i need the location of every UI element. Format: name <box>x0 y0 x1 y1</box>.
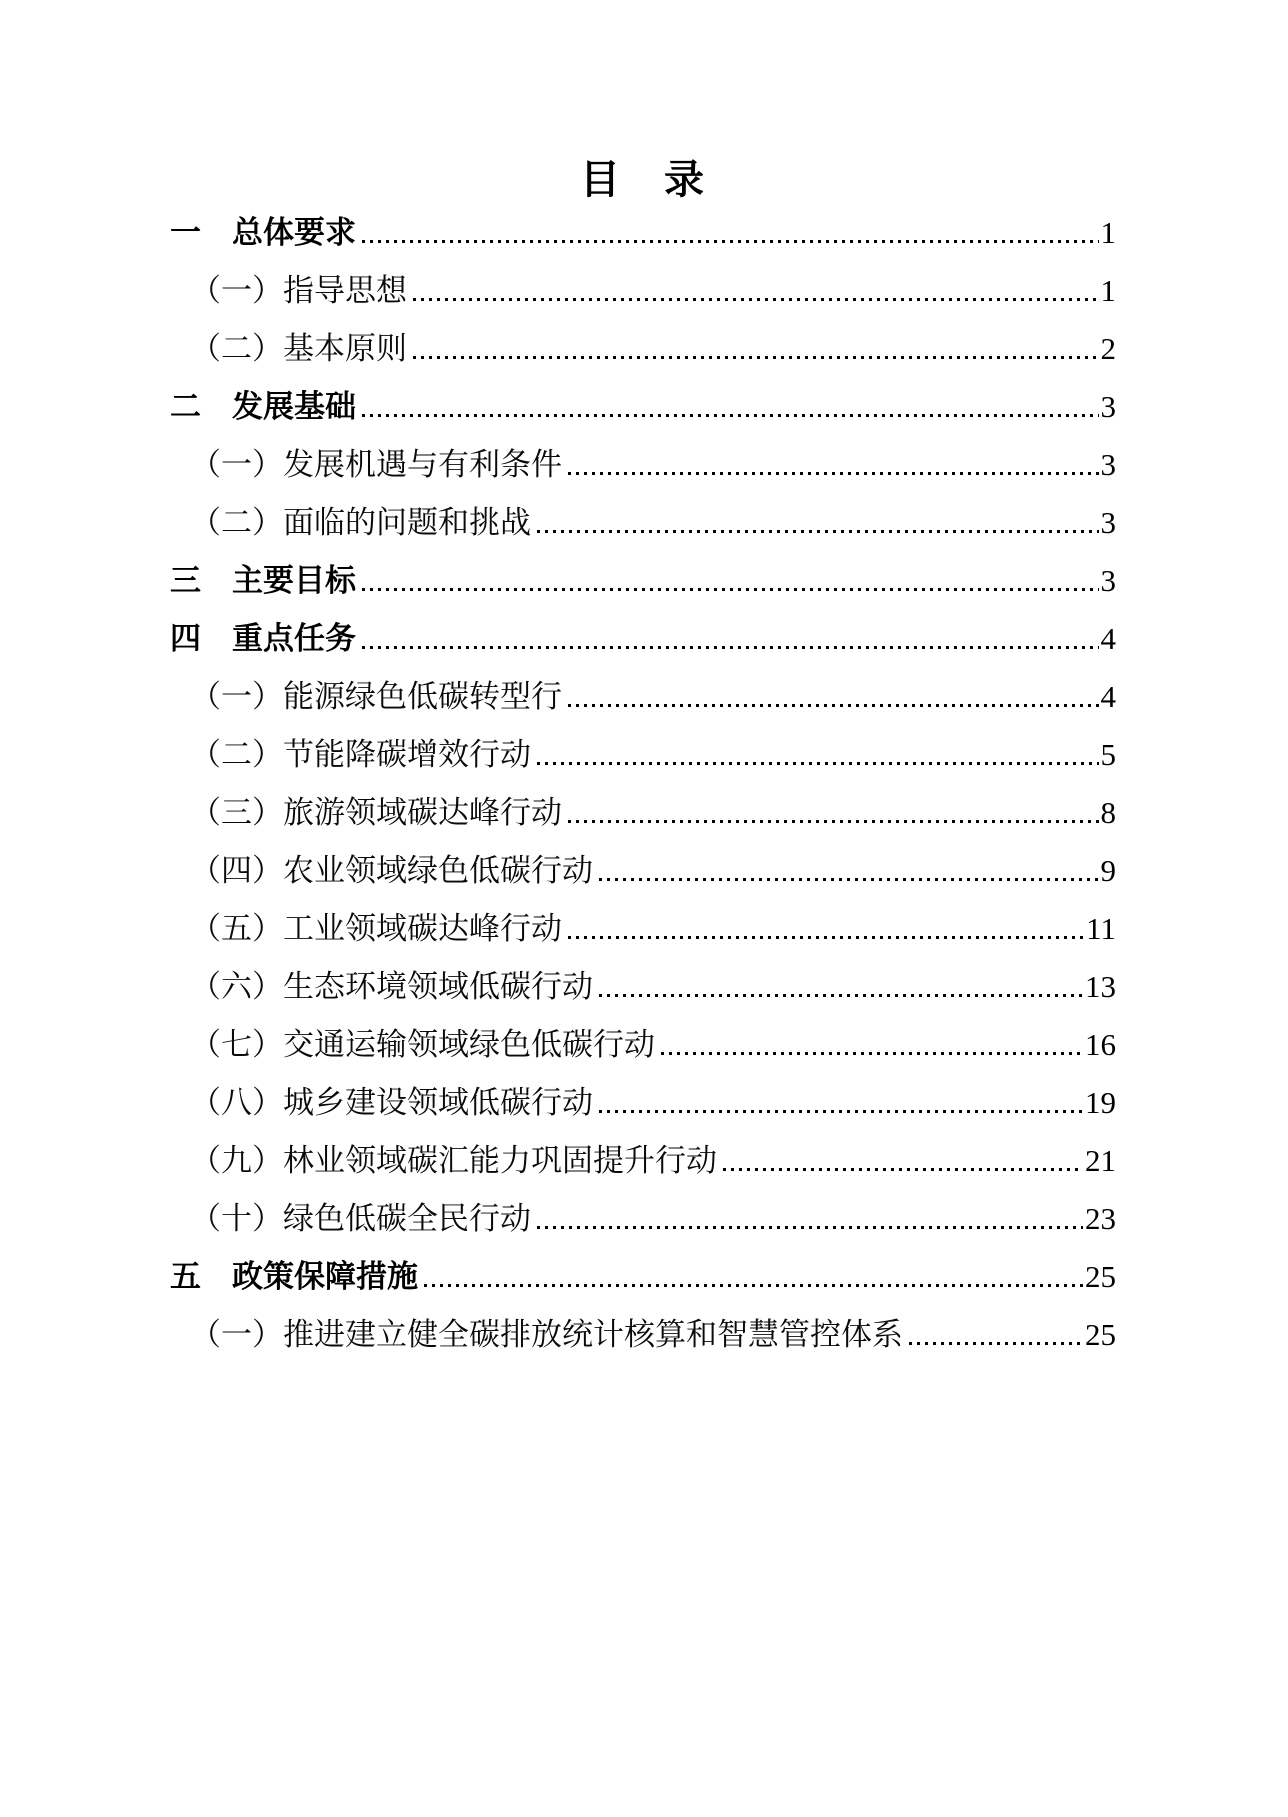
toc-entry-label: （六）生态环境领域低碳行动 <box>190 970 593 1004</box>
toc-entry[interactable]: （三）旅游领域碳达峰行动 8 <box>170 796 1116 830</box>
toc-leader-dots <box>723 1168 1083 1171</box>
toc-entry-label: 二 发展基础 <box>170 390 356 424</box>
toc-entry-label: 五 政策保障措施 <box>170 1260 418 1294</box>
toc-entry[interactable]: （一）能源绿色低碳转型行 4 <box>170 680 1116 714</box>
toc-entry-label: （五）工业领域碳达峰行动 <box>190 912 562 946</box>
toc-leader-dots <box>537 530 1099 533</box>
toc-entry-page: 3 <box>1101 564 1117 598</box>
toc-entry-page: 3 <box>1101 390 1117 424</box>
toc-leader-dots <box>413 298 1099 301</box>
toc-leader-dots <box>537 1226 1083 1229</box>
toc-leader-dots <box>909 1342 1083 1345</box>
toc-entry[interactable]: （五）工业领域碳达峰行动 11 <box>170 912 1116 946</box>
toc-entry-label: （一）指导思想 <box>190 274 407 308</box>
toc-entry-label: （七）交通运输领域绿色低碳行动 <box>190 1028 655 1062</box>
page-title: 目 录 <box>170 160 1116 200</box>
toc-leader-dots <box>661 1052 1083 1055</box>
toc-entry-page: 9 <box>1101 854 1117 888</box>
toc-entry[interactable]: （二）节能降碳增效行动 5 <box>170 738 1116 772</box>
toc-entry[interactable]: （二）基本原则 2 <box>170 332 1116 366</box>
toc-entry-page: 16 <box>1085 1028 1116 1062</box>
toc-entry[interactable]: （六）生态环境领域低碳行动 13 <box>170 970 1116 1004</box>
toc-entry-page: 1 <box>1101 216 1117 250</box>
toc-leader-dots <box>599 878 1099 881</box>
toc-entry[interactable]: 二 发展基础 3 <box>170 390 1116 424</box>
toc-entry-page: 19 <box>1085 1086 1116 1120</box>
toc-entry-page: 21 <box>1085 1144 1116 1178</box>
toc-entry-page: 25 <box>1085 1260 1116 1294</box>
toc-entry[interactable]: 五 政策保障措施 25 <box>170 1260 1116 1294</box>
toc-entry[interactable]: （一）推进建立健全碳排放统计核算和智慧管控体系 25 <box>170 1318 1116 1352</box>
toc-entry-label: 四 重点任务 <box>170 622 356 656</box>
table-of-contents: 一 总体要求 1 （一）指导思想 1 （二）基本原则 2 二 发展基础 3 （一… <box>170 216 1116 1352</box>
toc-entry-label: （三）旅游领域碳达峰行动 <box>190 796 562 830</box>
toc-leader-dots <box>568 704 1099 707</box>
toc-entry[interactable]: （八）城乡建设领域低碳行动 19 <box>170 1086 1116 1120</box>
document-page: 目 录 一 总体要求 1 （一）指导思想 1 （二）基本原则 2 二 发展基础 … <box>0 0 1288 1817</box>
toc-entry-label: （十）绿色低碳全民行动 <box>190 1202 531 1236</box>
toc-entry-page: 25 <box>1085 1318 1116 1352</box>
toc-leader-dots <box>362 240 1099 243</box>
toc-entry[interactable]: （一）指导思想 1 <box>170 274 1116 308</box>
toc-entry-label: （一）推进建立健全碳排放统计核算和智慧管控体系 <box>190 1318 903 1352</box>
toc-entry-label: （二）节能降碳增效行动 <box>190 738 531 772</box>
toc-entry[interactable]: （十）绿色低碳全民行动 23 <box>170 1202 1116 1236</box>
toc-entry-label: （九）林业领域碳汇能力巩固提升行动 <box>190 1144 717 1178</box>
toc-leader-dots <box>568 820 1099 823</box>
toc-entry[interactable]: 三 主要目标 3 <box>170 564 1116 598</box>
toc-entry-label: （一）能源绿色低碳转型行 <box>190 680 562 714</box>
toc-entry[interactable]: （二）面临的问题和挑战 3 <box>170 506 1116 540</box>
toc-entry-label: （八）城乡建设领域低碳行动 <box>190 1086 593 1120</box>
toc-entry-page: 11 <box>1086 912 1116 946</box>
toc-entry-page: 2 <box>1101 332 1117 366</box>
toc-entry-label: （二）面临的问题和挑战 <box>190 506 531 540</box>
toc-entry-page: 23 <box>1085 1202 1116 1236</box>
toc-entry-label: 三 主要目标 <box>170 564 356 598</box>
toc-leader-dots <box>362 588 1099 591</box>
toc-leader-dots <box>362 646 1099 649</box>
toc-entry-page: 4 <box>1101 622 1117 656</box>
toc-leader-dots <box>362 414 1099 417</box>
toc-entry-page: 1 <box>1101 274 1117 308</box>
toc-entry-page: 8 <box>1101 796 1117 830</box>
toc-entry[interactable]: 四 重点任务 4 <box>170 622 1116 656</box>
toc-entry-page: 13 <box>1085 970 1116 1004</box>
toc-entry-label: （一）发展机遇与有利条件 <box>190 448 562 482</box>
toc-entry[interactable]: （四）农业领域绿色低碳行动 9 <box>170 854 1116 888</box>
toc-entry-page: 5 <box>1101 738 1117 772</box>
toc-leader-dots <box>599 1110 1083 1113</box>
toc-entry-page: 3 <box>1101 448 1117 482</box>
toc-leader-dots <box>424 1284 1083 1287</box>
toc-leader-dots <box>568 936 1084 939</box>
toc-entry-label: （二）基本原则 <box>190 332 407 366</box>
toc-leader-dots <box>568 472 1099 475</box>
toc-entry[interactable]: （九）林业领域碳汇能力巩固提升行动 21 <box>170 1144 1116 1178</box>
toc-entry[interactable]: （一）发展机遇与有利条件 3 <box>170 448 1116 482</box>
toc-leader-dots <box>537 762 1099 765</box>
toc-leader-dots <box>599 994 1083 997</box>
toc-entry-page: 3 <box>1101 506 1117 540</box>
toc-leader-dots <box>413 356 1099 359</box>
toc-entry-page: 4 <box>1101 680 1117 714</box>
toc-entry-label: 一 总体要求 <box>170 216 356 250</box>
toc-entry[interactable]: （七）交通运输领域绿色低碳行动 16 <box>170 1028 1116 1062</box>
toc-entry-label: （四）农业领域绿色低碳行动 <box>190 854 593 888</box>
toc-entry[interactable]: 一 总体要求 1 <box>170 216 1116 250</box>
